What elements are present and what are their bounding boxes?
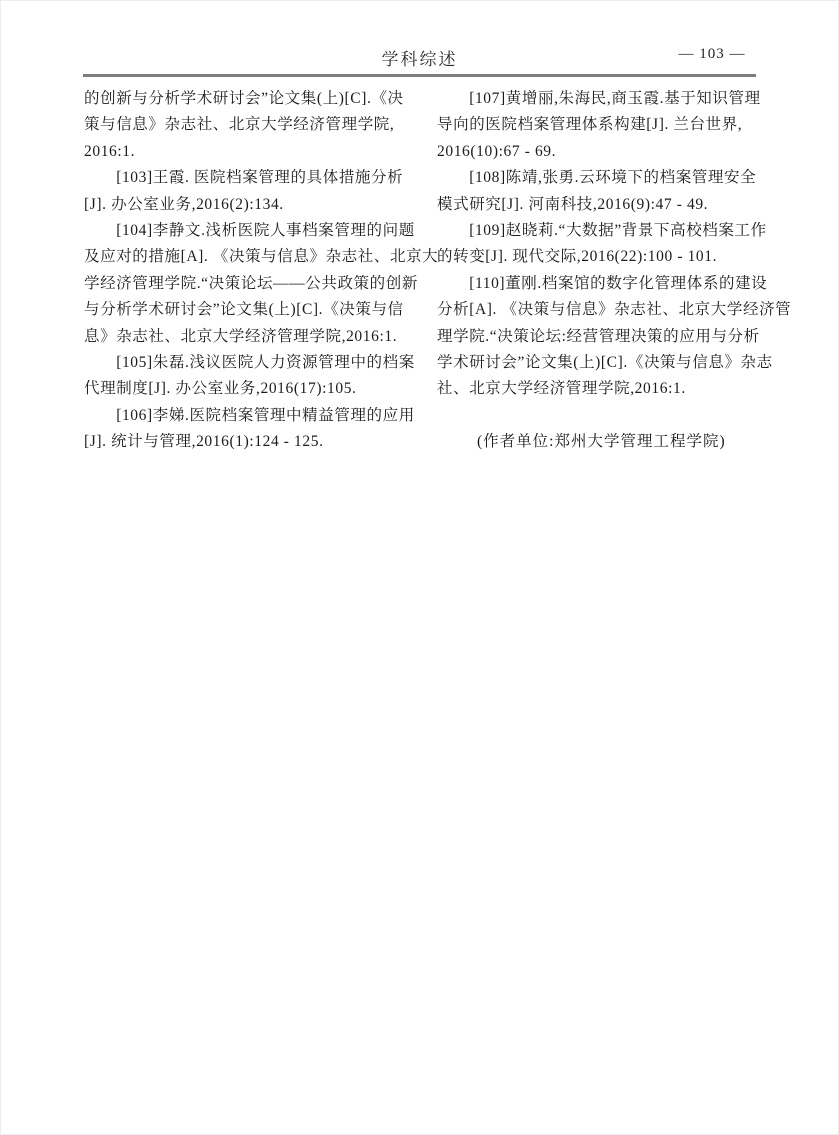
reference-line: 的创新与分析学术研讨会”论文集(上)[C].《决	[84, 86, 425, 112]
reference-line: 的转变[J]. 现代交际,2016(22):100 - 101.	[437, 244, 776, 270]
reference-line: [106]李娣.医院档案管理中精益管理的应用	[84, 403, 425, 429]
reference-line: [108]陈靖,张勇.云环境下的档案管理安全	[437, 165, 776, 191]
reference-line: 息》杂志社、北京大学经济管理学院,2016:1.	[84, 324, 425, 350]
reference-line: 2016(10):67 - 69.	[437, 139, 776, 165]
reference-line: [105]朱磊.浅议医院人力资源管理中的档案	[84, 350, 425, 376]
reference-line: 代理制度[J]. 办公室业务,2016(17):105.	[84, 376, 425, 402]
references-right-column: [107]黄增丽,朱海民,商玉霞.基于知识管理导向的医院档案管理体系构建[J].…	[437, 86, 776, 455]
page-number: — 103 —	[666, 46, 758, 63]
reference-line: 学术研讨会”论文集(上)[C].《决策与信息》杂志	[437, 350, 776, 376]
reference-line: 理学院.“决策论坛:经营管理决策的应用与分析	[437, 324, 776, 350]
reference-line: 2016:1.	[84, 139, 425, 165]
reference-line: 策与信息》杂志社、北京大学经济管理学院,	[84, 112, 425, 138]
reference-line: [109]赵晓莉.“大数据”背景下高校档案工作	[437, 218, 776, 244]
reference-line: 导向的医院档案管理体系构建[J]. 兰台世界,	[437, 112, 776, 138]
reference-line: [104]李静文.浅析医院人事档案管理的问题	[84, 218, 425, 244]
references-left-column: 的创新与分析学术研讨会”论文集(上)[C].《决策与信息》杂志社、北京大学经济管…	[84, 86, 425, 455]
reference-line: 学经济管理学院.“决策论坛——公共政策的创新	[84, 271, 425, 297]
reference-line: 分析[A]. 《决策与信息》杂志社、北京大学经济管	[437, 297, 776, 323]
reference-line: [103]王霞. 医院档案管理的具体措施分析	[84, 165, 425, 191]
author-affiliation: (作者单位:郑州大学管理工程学院)	[437, 429, 776, 455]
header-rule	[83, 74, 756, 77]
reference-line: 及应对的措施[A]. 《决策与信息》杂志社、北京大	[84, 244, 425, 270]
reference-line: 与分析学术研讨会”论文集(上)[C].《决策与信	[84, 297, 425, 323]
reference-line: [J]. 办公室业务,2016(2):134.	[84, 192, 425, 218]
reference-line: [110]董刚.档案馆的数字化管理体系的建设	[437, 271, 776, 297]
reference-line: [107]黄增丽,朱海民,商玉霞.基于知识管理	[437, 86, 776, 112]
reference-line: 社、北京大学经济管理学院,2016:1.	[437, 376, 776, 402]
right-column-lines: [107]黄增丽,朱海民,商玉霞.基于知识管理导向的医院档案管理体系构建[J].…	[437, 86, 776, 403]
scanned-paper-page: 学科综述 — 103 — 的创新与分析学术研讨会”论文集(上)[C].《决策与信…	[0, 0, 839, 1135]
reference-line: [J]. 统计与管理,2016(1):124 - 125.	[84, 429, 425, 455]
reference-line: 模式研究[J]. 河南科技,2016(9):47 - 49.	[437, 192, 776, 218]
